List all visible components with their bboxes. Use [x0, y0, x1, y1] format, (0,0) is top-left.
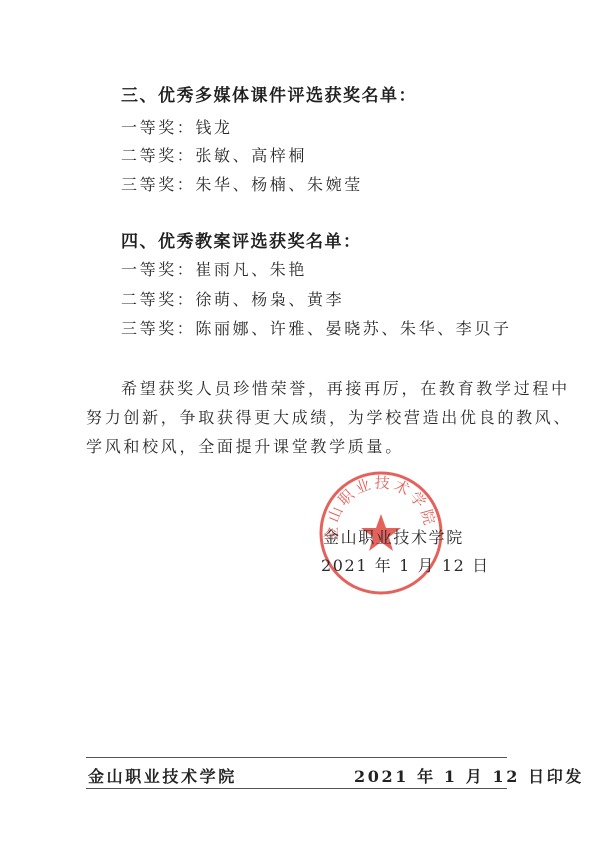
- section4-heading: 四、优秀教案评选获奖名单：: [121, 227, 362, 252]
- award-label: 三等奖：: [121, 319, 195, 338]
- award-row: 一等奖：崔雨凡、朱艳: [121, 257, 307, 280]
- award-row: 三等奖：陈丽娜、许雅、晏晓苏、朱华、李贝子: [121, 316, 512, 339]
- award-row: 二等奖：徐萌、杨枭、黄李: [121, 287, 344, 310]
- award-label: 二等奖：: [121, 146, 195, 165]
- signature-org: 金山职业技术学院: [323, 525, 464, 548]
- footer-top-rule: [86, 757, 507, 758]
- award-names: 崔雨凡、朱艳: [195, 260, 307, 279]
- award-label: 二等奖：: [121, 290, 195, 309]
- award-row: 二等奖：张敏、高梓桐: [121, 143, 307, 166]
- award-row: 一等奖：钱龙: [121, 115, 233, 138]
- footer-org: 金山职业技术学院: [88, 764, 237, 787]
- footer-issued-date: 2021 年 1 月 12 日印发: [354, 764, 584, 787]
- award-names: 陈丽娜、许雅、晏晓苏、朱华、李贝子: [195, 319, 511, 338]
- award-names: 张敏、高梓桐: [195, 146, 307, 165]
- award-label: 一等奖：: [121, 260, 195, 279]
- award-label: 三等奖：: [121, 175, 195, 194]
- signature-date: 2021 年 1 月 12 日: [321, 553, 490, 576]
- closing-line-1: 希望获奖人员珍惜荣誉，再接再厉，在教育教学过程中: [121, 376, 570, 399]
- closing-line-3: 学风和校风，全面提升课堂教学质量。: [86, 434, 404, 457]
- award-label: 一等奖：: [121, 118, 195, 137]
- award-names: 徐萌、杨枭、黄李: [195, 290, 344, 309]
- award-row: 三等奖：朱华、杨楠、朱婉莹: [121, 172, 363, 195]
- section3-heading: 三、优秀多媒体课件评选获奖名单：: [121, 81, 417, 106]
- award-names: 钱龙: [195, 118, 232, 137]
- closing-line-2: 努力创新，争取获得更大成绩，为学校营造出优良的教风、: [86, 405, 572, 428]
- award-names: 朱华、杨楠、朱婉莹: [195, 175, 362, 194]
- footer-bottom-rule: [86, 788, 507, 789]
